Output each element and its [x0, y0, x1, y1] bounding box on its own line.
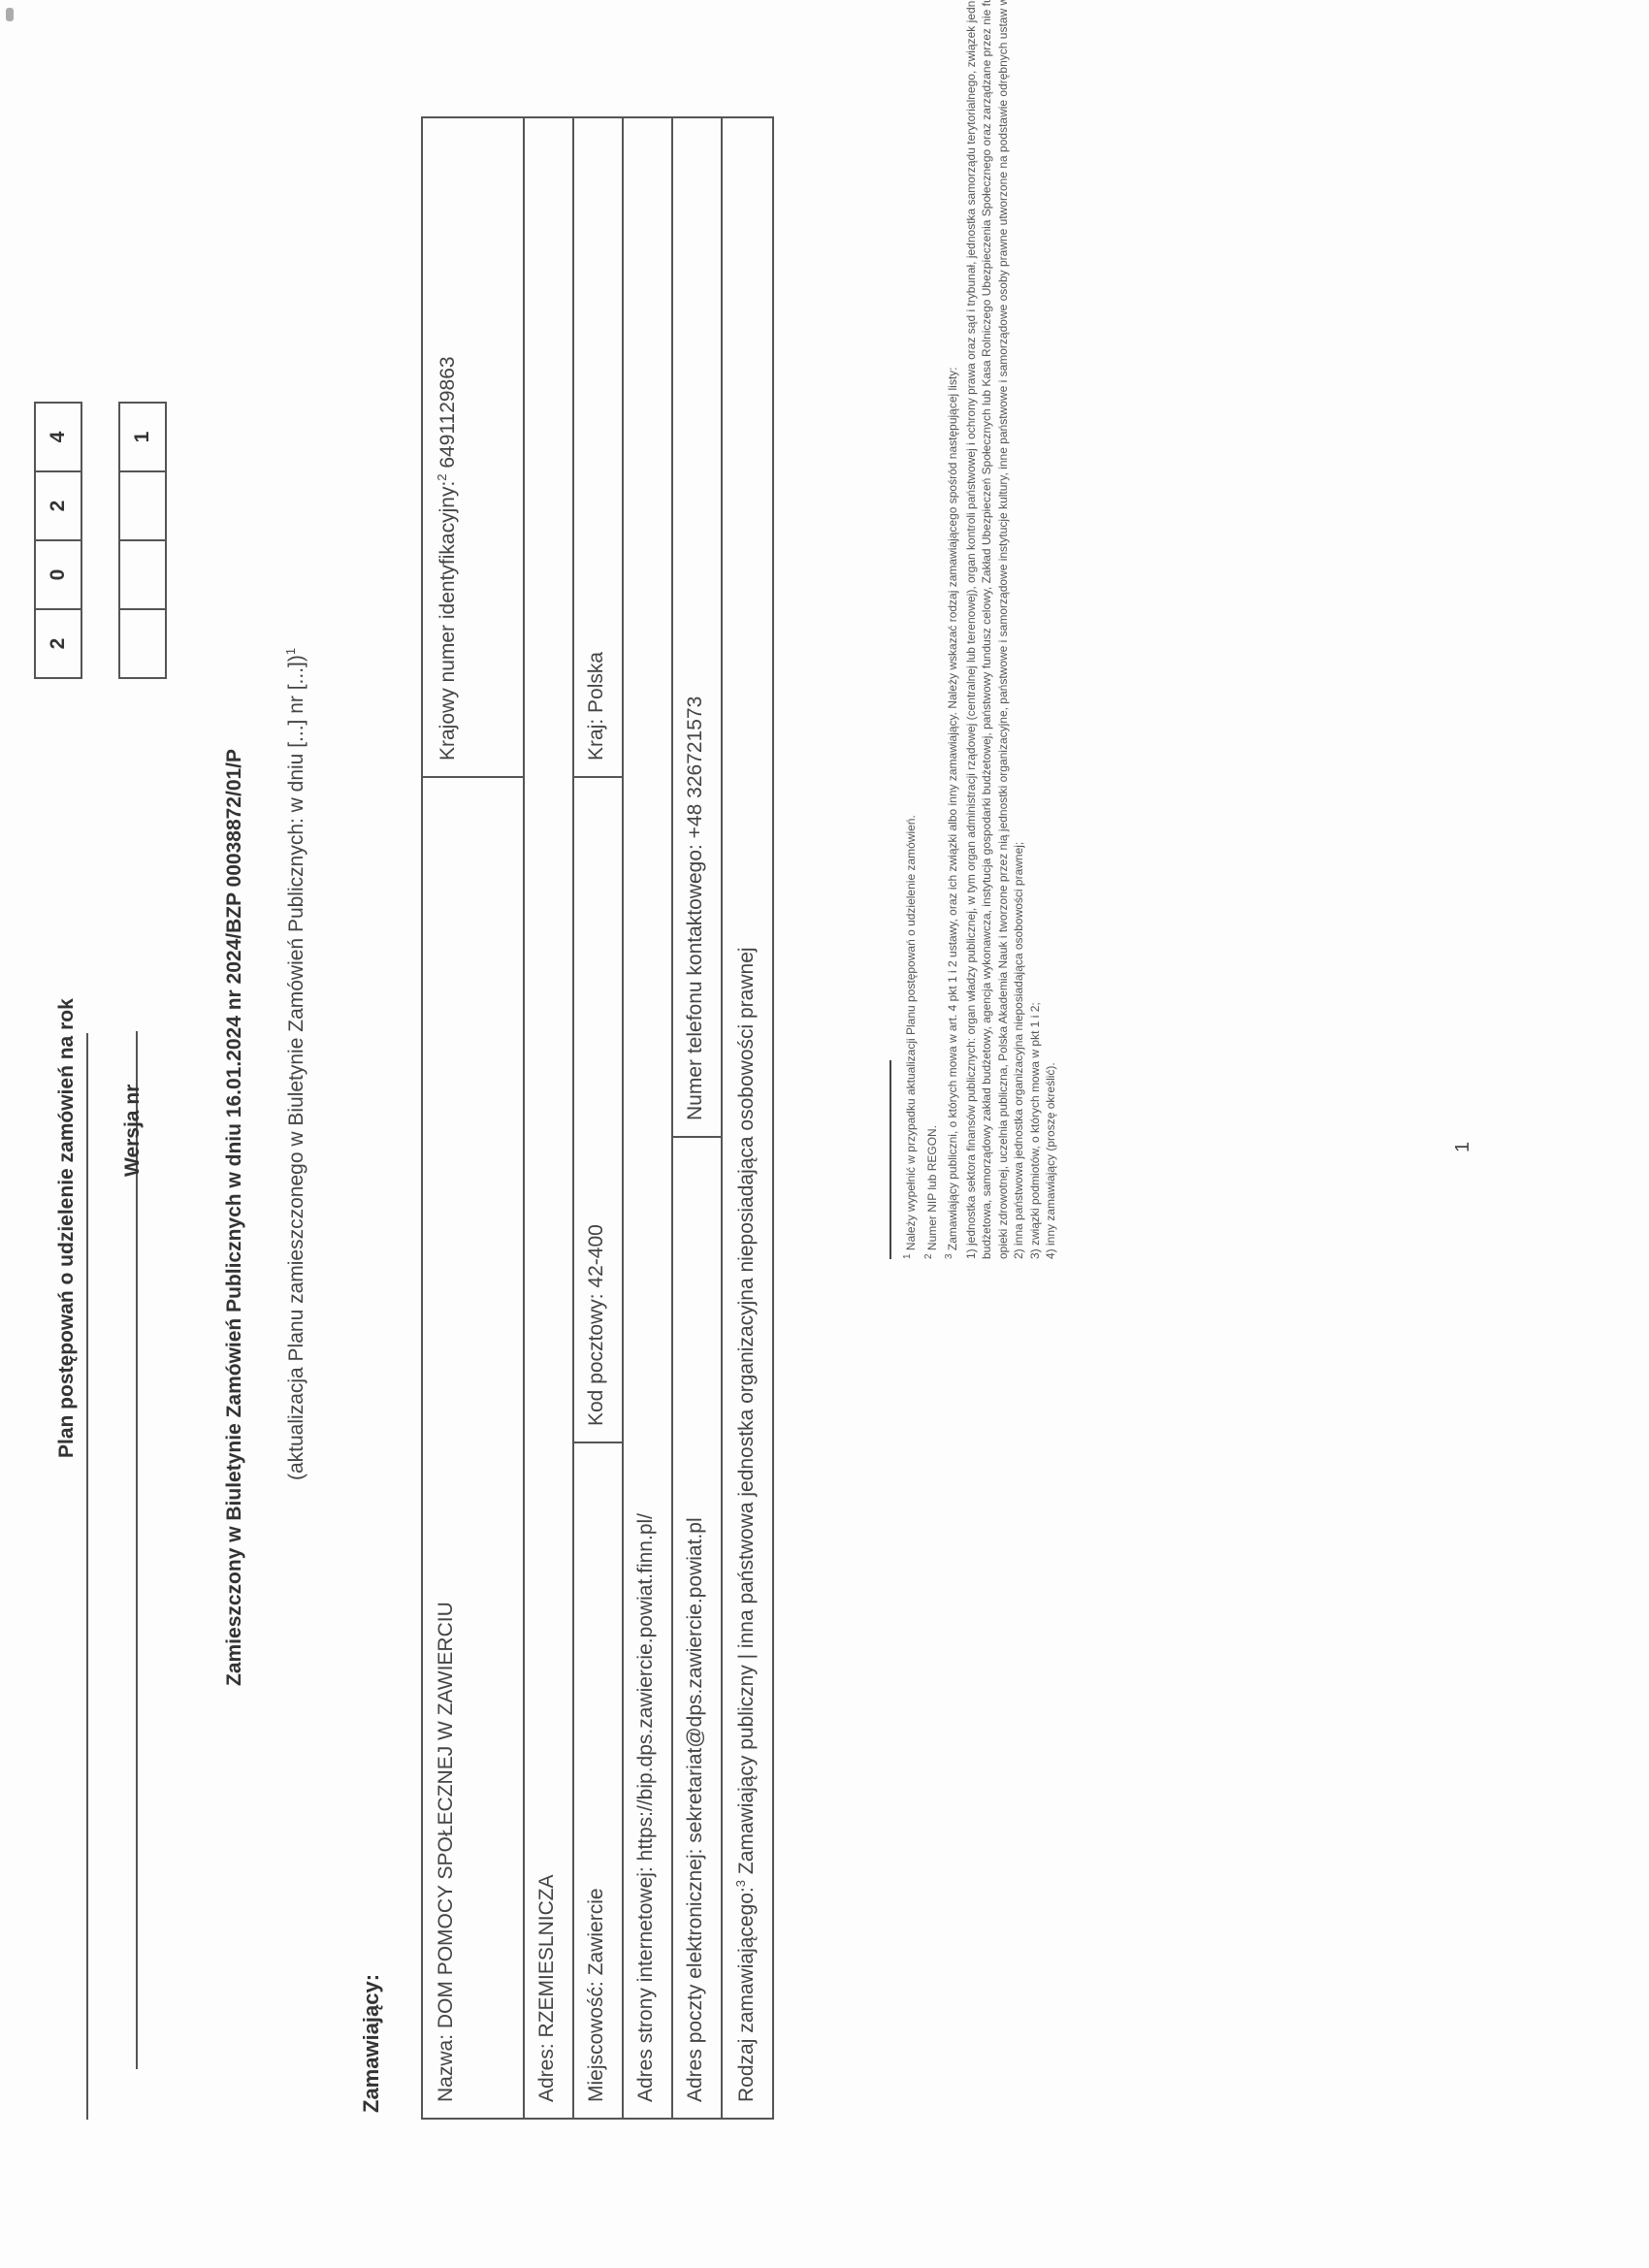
- name-value: DOM POMOCY SPOŁECZNEJ W ZAWIERCIU: [435, 1602, 457, 2028]
- table-row: Miejscowość: Zawiercie Kod pocztowy: 42-…: [574, 118, 624, 2118]
- footnote-list-item: 3) związki podmiotów, o których mowa w p…: [1027, 47, 1044, 1259]
- table-row: Adres: RZEMIESLNICZA: [525, 118, 574, 2118]
- year-boxes: 2 0 2 4: [34, 402, 82, 679]
- footnote-list-item: 1) jednostka sektora finansów publicznyc…: [963, 47, 980, 1259]
- postal-code-value: 42-400: [585, 1224, 607, 1287]
- year-digit: 2: [36, 608, 81, 677]
- version-label: Wersja nr: [121, 1085, 145, 1177]
- year-digit: 4: [36, 404, 81, 470]
- footnote-ref: 3: [733, 1880, 748, 1887]
- version-digit: [120, 539, 165, 608]
- footnote-list-item: 2) inna państwowa jednostka organizacyjn…: [1011, 47, 1027, 1259]
- footnote-ref: 2: [435, 473, 449, 480]
- title-rule: [86, 1033, 88, 2120]
- footnote-2: 2 Numer NIP lub REGON.: [921, 47, 941, 1259]
- country-cell: Kraj: Polska: [574, 118, 622, 778]
- contracting-authority-table: Nazwa: DOM POMOCY SPOŁECZNEJ W ZAWIERCIU…: [421, 116, 774, 2120]
- page-title: Plan postępowań o udzielenie zamówień na…: [55, 998, 79, 1458]
- footnote-list-item: opieki zdrowotnej, uczelnia publiczna, P…: [995, 47, 1012, 1259]
- email-cell: Adres poczty elektronicznej: sekretariat…: [673, 1138, 721, 2118]
- email-value: sekretariat@dps.zawiercie.powiat.pl: [684, 1517, 706, 1842]
- authority-type-cell: Rodzaj zamawiającego:3 Zamawiający publi…: [723, 118, 772, 2118]
- footnote-list-item: 4) inny zamawiający (proszę określić).: [1043, 47, 1059, 1259]
- footnote-list-item: budżetowa, samorządowy zakład budżetowy,…: [979, 47, 995, 1259]
- document-page: Plan postępowań o udzielenie zamówień na…: [0, 0, 1649, 2268]
- name-cell: Nazwa: DOM POMOCY SPOŁECZNEJ W ZAWIERCIU: [423, 778, 523, 2118]
- phone-cell: Numer telefonu kontaktowego: +48 3267215…: [673, 118, 721, 1138]
- version-digit: 1: [120, 404, 165, 470]
- website-value: https://bip.dps.zawiercie.powiat.finn.pl…: [634, 1513, 657, 1861]
- footnote-separator: [889, 1060, 891, 1259]
- postal-code-cell: Kod pocztowy: 42-400: [574, 778, 622, 1443]
- table-row: Adres strony internetowej: https://bip.d…: [624, 118, 673, 2118]
- year-digit: 0: [36, 539, 81, 608]
- version-rule: [136, 1031, 138, 2069]
- table-row: Rodzaj zamawiającego:3 Zamawiający publi…: [723, 118, 772, 2118]
- country-value: Polska: [585, 652, 607, 713]
- update-line: (aktualizacja Planu zamieszczonego w Biu…: [283, 648, 308, 1480]
- page-number: 1: [1452, 1142, 1474, 1152]
- version-digit: [120, 470, 165, 539]
- scan-artifact: [6, 8, 14, 21]
- footnotes: 1 Należy wypełnić w przypadku aktualizac…: [900, 47, 1059, 1259]
- section-heading-zamawiajacy: Zamawiający:: [359, 1974, 384, 2113]
- table-row: Adres poczty elektronicznej: sekretariat…: [673, 118, 723, 2118]
- footnote-ref: 1: [283, 648, 298, 655]
- table-row: Nazwa: DOM POMOCY SPOŁECZNEJ W ZAWIERCIU…: [423, 118, 525, 2118]
- address-cell: Adres: RZEMIESLNICZA: [525, 118, 572, 2118]
- version-digit: [120, 608, 165, 677]
- authority-type-value: Zamawiający publiczny | inna państwowa j…: [735, 947, 758, 1874]
- footnote-3: 3 Zamawiający publiczni, o których mowa …: [942, 47, 961, 1259]
- national-id-cell: Krajowy numer identyfikacyjny:2 64911298…: [423, 118, 523, 778]
- website-cell: Adres strony internetowej: https://bip.d…: [624, 118, 671, 2118]
- city-cell: Miejscowość: Zawiercie: [574, 1443, 622, 2118]
- city-value: Zawiercie: [585, 1888, 607, 1975]
- version-boxes: 1: [118, 402, 167, 679]
- national-id-value: 6491129863: [436, 356, 459, 468]
- address-value: RZEMIESLNICZA: [535, 1874, 558, 2037]
- published-line: Zamieszczony w Biuletynie Zamówień Publi…: [223, 749, 246, 1686]
- phone-value: +48 326721573: [684, 697, 706, 839]
- footnote-1: 1 Należy wypełnić w przypadku aktualizac…: [900, 47, 920, 1259]
- year-digit: 2: [36, 470, 81, 539]
